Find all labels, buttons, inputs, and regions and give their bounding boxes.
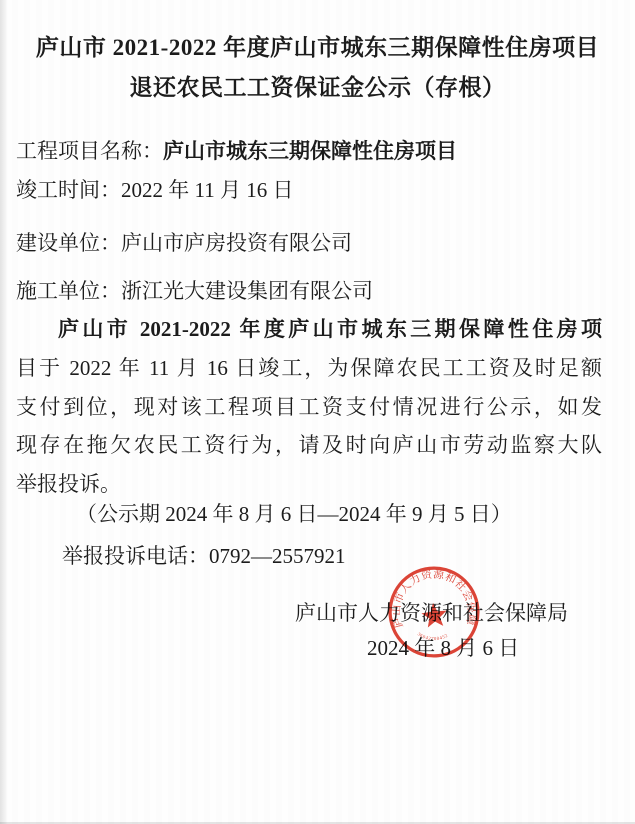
publicity-period: （公示期 2024 年 8 月 6 日—2024 年 9 月 5 日） [76,498,512,528]
field-contractor: 施工单位：浙江光大建设集团有限公司 [16,275,373,305]
seal-code: 36042700452 [416,629,450,644]
field-construction-owner: 建设单位：庐山市庐房投资有限公司 [16,227,352,257]
body-paragraph-line-2: 目于 2022 年 11 月 16 日竣工，为保障农民工工资及时足额 [16,352,602,382]
field-construction-owner-label: 建设单位： [16,231,121,255]
official-seal-stamp: 庐山市人力资源和社会保障局 36042700452 [380,558,488,666]
seal-code-holder: 36042700452 [416,629,450,644]
field-construction-owner-value: 庐山市庐房投资有限公司 [121,231,352,255]
field-contractor-label: 施工单位： [16,279,121,303]
field-completion-date: 竣工时间：2022 年 11 月 16 日 [16,174,293,204]
body-paragraph-line-3: 支付到位，现对该工程项目工资支付情况进行公示，如发 [16,391,602,421]
complaint-hotline: 举报投诉电话：0792—2557921 [62,540,346,570]
seal-star-icon [420,602,448,629]
scanned-notice-page: 庐山市 2021-2022 年度庐山市城东三期保障性住房项目 退还农民工工资保证… [0,0,635,824]
field-completion-date-label: 竣工时间： [16,178,121,202]
field-project-name-value: 庐山市城东三期保障性住房项目 [163,139,457,163]
body-paragraph-line-5: 举报投诉。 [16,468,602,498]
field-completion-date-value: 2022 年 11 月 16 日 [121,178,293,202]
field-project-name: 工程项目名称：庐山市城东三期保障性住房项目 [16,135,457,165]
field-project-name-label: 工程项目名称： [16,139,163,163]
scan-left-edge-shadow [0,0,8,824]
body-paragraph-line-1: 庐山市 2021-2022 年度庐山市城东三期保障性住房项 [16,313,602,343]
document-title-line2: 退还农民工工资保证金公示（存根） [0,69,635,102]
field-contractor-value: 浙江光大建设集团有限公司 [121,279,373,303]
document-title-line1: 庐山市 2021-2022 年度庐山市城东三期保障性住房项目 [0,29,635,62]
body-paragraph-line-4: 现存在拖欠农民工资行为，请及时向庐山市劳动监察大队 [16,429,602,459]
